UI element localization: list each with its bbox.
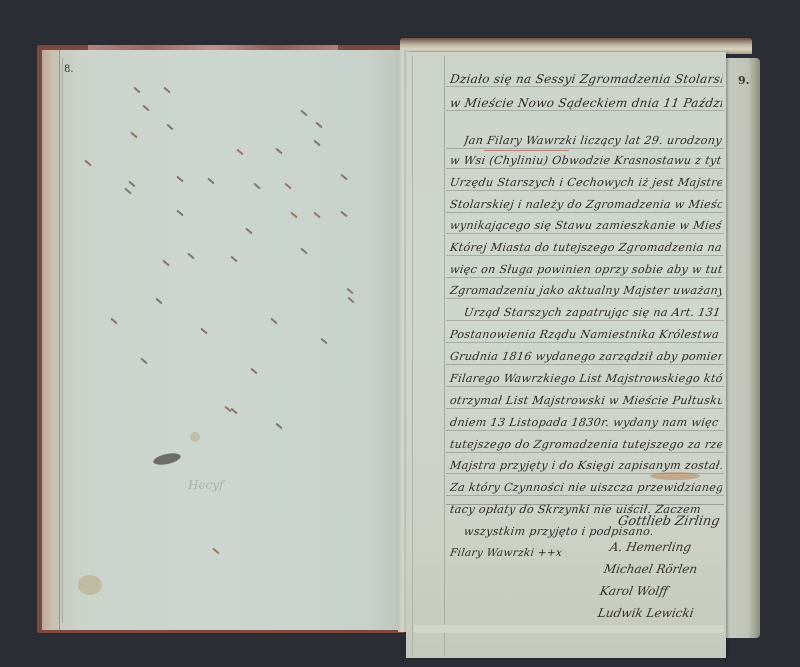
signature: Ludwik Lewicki bbox=[597, 606, 695, 620]
rule-line bbox=[446, 320, 724, 321]
rule-line bbox=[446, 255, 724, 256]
entry-text-line: tutejszego do Zgromadzenia tutejszego za… bbox=[449, 438, 723, 451]
rule-line bbox=[446, 148, 724, 149]
rule-line bbox=[446, 408, 724, 409]
rule-line bbox=[446, 233, 724, 234]
rule-line bbox=[446, 190, 724, 191]
rule-line bbox=[446, 364, 724, 365]
left-page-number: 8. bbox=[64, 64, 74, 75]
signature: Michael Rörlen bbox=[603, 562, 699, 576]
entry-text-line: w Wsi (Chyliniu) Obwodzie Krasnostawu z … bbox=[449, 154, 723, 167]
rule-line bbox=[446, 110, 724, 111]
entry-text-line: Stolarskiej i należy do Zgromadzenia w M… bbox=[449, 198, 723, 211]
signature: Karol Wolff bbox=[599, 584, 669, 598]
rule-line bbox=[446, 298, 724, 299]
entry-text-line: Której Miasta do tutejszego Zgromadzenia… bbox=[449, 241, 723, 254]
entry-text-line: więc on Sługa powinien oprzy sobie aby w… bbox=[449, 263, 723, 276]
inner-margin-rule bbox=[444, 56, 445, 656]
entry-text-line: Urząd Starszych zapatrując się na Art. 1… bbox=[463, 306, 723, 319]
binding-strip bbox=[42, 50, 60, 630]
outer-margin-rule bbox=[412, 56, 413, 656]
rule-line bbox=[446, 277, 724, 278]
rule-line bbox=[446, 86, 724, 87]
entry-heading-line: w Mieście Nowo Sądeckiem dnia 11 Paździe… bbox=[449, 96, 723, 110]
entry-text-line: Urzędu Starszych i Cechowych iż jest Maj… bbox=[449, 176, 723, 189]
signature: A. Hemerling bbox=[609, 540, 693, 554]
ink-stain bbox=[650, 472, 700, 480]
rule-line bbox=[446, 386, 724, 387]
entry-text-line: dniem 13 Listopada 1830r. wydany nam wię… bbox=[449, 416, 723, 429]
entry-text-line: Za który Czynności nie uiszcza przewidzi… bbox=[449, 481, 723, 494]
rule-line bbox=[446, 168, 724, 169]
entry-text-line: Grudnia 1816 wydanego zarządził aby pomi… bbox=[449, 350, 723, 363]
entry-text-line: wynikającego się Stawu zamieszkanie w Mi… bbox=[449, 219, 723, 232]
entry-text-line: Jan Filary Wawrzki liczący lat 29. urodz… bbox=[463, 134, 723, 147]
signature: Gottlieb Zirling bbox=[617, 514, 721, 529]
ghost-signature: Hecyf bbox=[188, 478, 224, 492]
water-stain bbox=[190, 432, 200, 442]
scanned-book-spread: 8. bbox=[0, 0, 800, 667]
entry-text-line: otrzymał List Majstrowski w Mieście Pułt… bbox=[449, 394, 723, 407]
rule-line bbox=[446, 495, 724, 496]
entry-text-line: Majstra przyjęty i do Księgi zapisanym z… bbox=[449, 459, 723, 472]
rule-line bbox=[446, 452, 724, 453]
entry-text-line: Filarego Wawrzkiego List Majstrowskiego … bbox=[449, 372, 723, 385]
rule-line bbox=[446, 212, 724, 213]
rule-line bbox=[446, 342, 724, 343]
entry-heading-line: Działo się na Sessyi Zgromadzenia Stolar… bbox=[449, 72, 723, 86]
name-underline bbox=[484, 150, 569, 151]
entry-text-line: Zgromadzeniu jako aktualny Majster uważa… bbox=[449, 284, 723, 297]
left-margin-line bbox=[62, 58, 63, 623]
page-stack-edge bbox=[720, 58, 760, 638]
right-page-number: 9. bbox=[738, 74, 749, 87]
torn-bottom-edge bbox=[414, 625, 724, 633]
left-page bbox=[42, 50, 404, 630]
water-stain bbox=[78, 575, 102, 595]
rule-line bbox=[446, 430, 724, 431]
entry-text-line: Postanowienia Rządu Namiestnika Królestw… bbox=[449, 328, 723, 341]
